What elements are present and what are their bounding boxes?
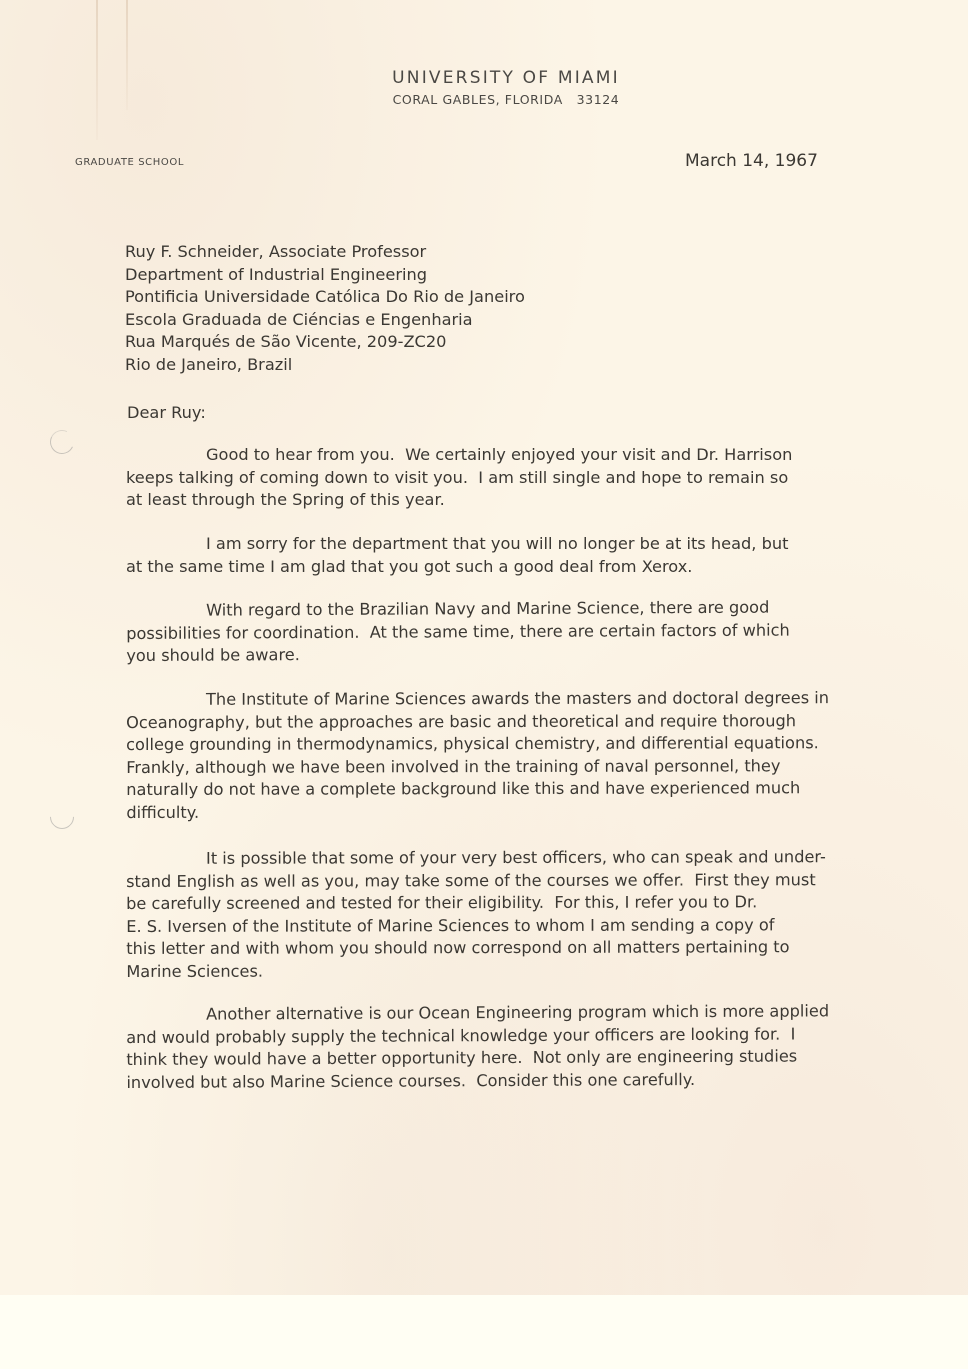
recipient-school: Escola Graduada de Ciéncias e Engenharia	[125, 309, 525, 332]
recipient-university: Pontificia Universidade Católica Do Rio …	[125, 286, 525, 309]
recipient-address: Ruy F. Schneider, Associate Professor De…	[125, 241, 525, 376]
paragraph-line: stand English as well as you, may take s…	[126, 869, 846, 893]
paragraph-department: I am sorry for the department that you w…	[126, 533, 846, 578]
paragraph-greeting: Good to hear from you. We certainly enjo…	[126, 444, 846, 512]
recipient-name: Ruy F. Schneider, Associate Professor	[125, 241, 525, 264]
letter-page: UNIVERSITY OF MIAMI CORAL GABLES, FLORID…	[0, 0, 968, 1295]
paragraph-line: The Institute of Marine Sciences awards …	[126, 687, 846, 711]
paragraph-line: possibilities for coordination. At the s…	[126, 619, 846, 645]
paragraph-institute: The Institute of Marine Sciences awards …	[126, 687, 846, 824]
paragraph-line: at the same time I am glad that you got …	[126, 556, 846, 579]
punch-hole-mark	[47, 427, 78, 458]
paragraph-line: keeps talking of coming down to visit yo…	[126, 467, 846, 490]
paragraph-officers: It is possible that some of your very be…	[126, 846, 846, 983]
recipient-street: Rua Marqués de São Vicente, 209-ZC20	[125, 331, 525, 354]
paragraph-line: naturally do not have a complete backgro…	[126, 777, 846, 801]
paragraph-line: be carefully screened and tested for the…	[126, 891, 846, 915]
paragraph-line: Another alternative is our Ocean Enginee…	[126, 1000, 846, 1026]
letterhead-department: GRADUATE SCHOOL	[75, 157, 184, 168]
letter-date: March 14, 1967	[685, 151, 818, 171]
paragraph-ocean-engineering: Another alternative is our Ocean Enginee…	[126, 1000, 846, 1094]
paragraph-line: college grounding in thermodynamics, phy…	[126, 732, 846, 756]
paragraph-line: Good to hear from you. We certainly enjo…	[126, 444, 846, 467]
paragraph-line: Marine Sciences.	[126, 959, 846, 983]
salutation: Dear Ruy:	[127, 402, 206, 425]
paragraph-line: you should be aware.	[126, 641, 846, 667]
paragraph-line: think they would have a better opportuni…	[126, 1045, 846, 1071]
paragraph-line: E. S. Iversen of the Institute of Marine…	[126, 914, 846, 938]
letterhead-institution: UNIVERSITY OF MIAMI	[0, 68, 968, 88]
paragraph-line: I am sorry for the department that you w…	[126, 533, 846, 556]
paragraph-line: With regard to the Brazilian Navy and Ma…	[126, 596, 846, 622]
paragraph-line: Frankly, although we have been involved …	[126, 755, 846, 779]
recipient-city: Rio de Janeiro, Brazil	[125, 354, 525, 377]
paragraph-line: It is possible that some of your very be…	[126, 846, 846, 870]
paragraph-line: this letter and with whom you should now…	[126, 936, 846, 960]
paragraph-line: at least through the Spring of this year…	[126, 489, 846, 512]
paragraph-navy: With regard to the Brazilian Navy and Ma…	[126, 596, 846, 667]
recipient-department: Department of Industrial Engineering	[125, 264, 525, 287]
letterhead-address: CORAL GABLES, FLORIDA 33124	[0, 92, 968, 107]
paragraph-line: Oceanography, but the approaches are bas…	[126, 710, 846, 734]
paragraph-line: difficulty.	[126, 800, 846, 824]
punch-hole-mark	[45, 800, 79, 834]
paragraph-line: involved but also Marine Science courses…	[126, 1068, 846, 1094]
